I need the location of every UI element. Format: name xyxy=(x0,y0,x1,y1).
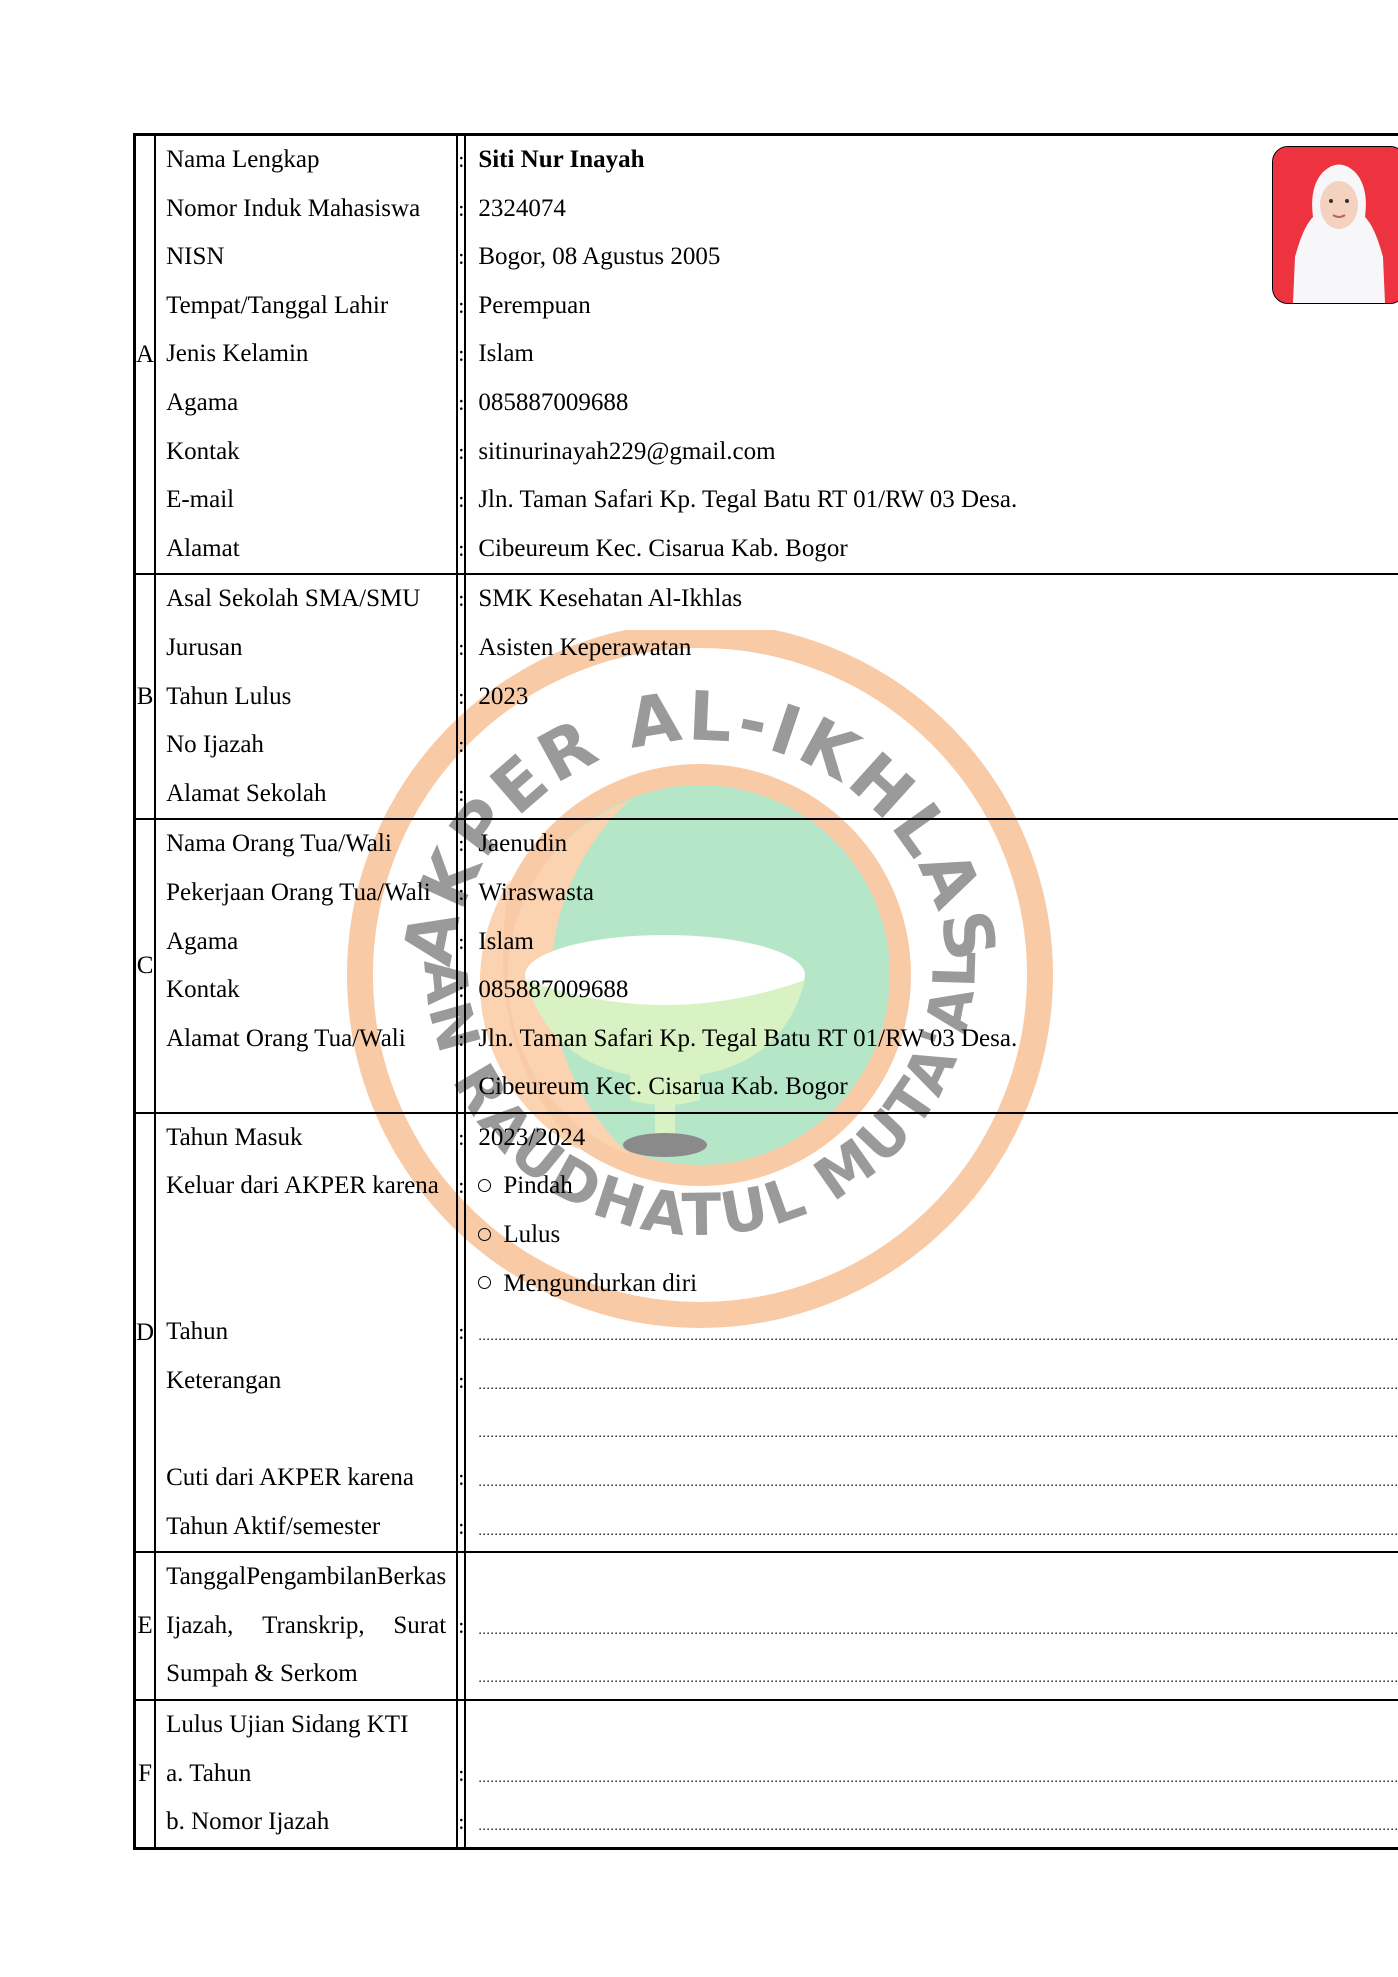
field-value: Cibeureum Kec. Cisarua Kab. Bogor xyxy=(466,525,1398,574)
colon-separator xyxy=(458,1650,464,1699)
colon-separator: : xyxy=(458,428,464,477)
field-label: Alamat Orang Tua/Wali xyxy=(156,1015,456,1064)
blank-fill-line[interactable] xyxy=(466,1650,1398,1699)
colon-separator xyxy=(458,1063,464,1112)
section-code: B xyxy=(135,574,156,819)
field-label: Cuti dari AKPER karena xyxy=(156,1454,456,1503)
section-code: C xyxy=(135,819,156,1113)
field-label-word: Tanggal xyxy=(166,1553,246,1602)
field-label: Alamat Sekolah xyxy=(156,770,456,819)
field-label: Ijazah,Transkrip,Surat xyxy=(156,1602,456,1651)
blank-fill-line[interactable] xyxy=(466,1308,1398,1357)
section-code: D xyxy=(135,1113,156,1552)
field-label: b. Nomor Ijazah xyxy=(156,1798,456,1847)
field-label: Keterangan xyxy=(156,1357,456,1406)
field-label: Jenis Kelamin xyxy=(156,330,456,379)
field-value: Cibeureum Kec. Cisarua Kab. Bogor xyxy=(466,1063,1398,1112)
field-values: JaenudinWiraswastaIslam085887009688Jln. … xyxy=(465,819,1398,1113)
field-label: Lulus Ujian Sidang KTI xyxy=(156,1701,456,1750)
colon-separator: : xyxy=(458,1602,464,1651)
field-value xyxy=(466,1553,1398,1602)
field-label: Nama Lengkap xyxy=(156,136,456,185)
field-label: No Ijazah xyxy=(156,721,456,770)
field-labels: Lulus Ujian Sidang KTIa. Tahunb. Nomor I… xyxy=(155,1700,457,1848)
field-label: Tahun Aktif/semester xyxy=(156,1503,456,1552)
section-code: A xyxy=(135,135,156,575)
colon-separator: : xyxy=(458,1357,464,1406)
colon-separator: : xyxy=(458,330,464,379)
field-value: 2023 xyxy=(466,673,1398,722)
blank-fill-line[interactable] xyxy=(466,1750,1398,1799)
colon-column: ::::: xyxy=(457,819,465,1113)
field-label: Kontak xyxy=(156,966,456,1015)
field-value: Bogor, 08 Agustus 2005 xyxy=(466,233,1398,282)
field-value: Islam xyxy=(466,330,1398,379)
field-value xyxy=(466,1701,1398,1750)
field-value: sitinurinayah229@gmail.com xyxy=(466,428,1398,477)
field-label: Asal Sekolah SMA/SMU xyxy=(156,575,456,624)
colon-separator: : xyxy=(458,1454,464,1503)
field-label: NISN xyxy=(156,233,456,282)
blank-fill-line[interactable] xyxy=(466,1602,1398,1651)
radio-circle-icon[interactable] xyxy=(478,1179,491,1192)
field-values: SMK Kesehatan Al-IkhlasAsisten Keperawat… xyxy=(465,574,1398,819)
colon-column: ::::: xyxy=(457,574,465,819)
field-label-word: Surat xyxy=(393,1602,446,1651)
section-code: E xyxy=(135,1552,156,1700)
field-value: Perempuan xyxy=(466,282,1398,331)
colon-separator xyxy=(458,1405,464,1454)
colon-separator xyxy=(458,1211,464,1260)
colon-separator: : xyxy=(458,282,464,331)
field-value: Jln. Taman Safari Kp. Tegal Batu RT 01/R… xyxy=(466,1015,1398,1064)
colon-separator: : xyxy=(458,233,464,282)
field-label: Pekerjaan Orang Tua/Wali xyxy=(156,869,456,918)
blank-fill-line[interactable] xyxy=(466,1503,1398,1552)
section-b: BAsal Sekolah SMA/SMUJurusanTahun LulusN… xyxy=(135,574,1398,819)
student-photo xyxy=(1272,146,1398,304)
colon-separator: : xyxy=(458,185,464,234)
field-label: Tempat/Tanggal Lahir xyxy=(156,282,456,331)
colon-column: : xyxy=(457,1552,465,1700)
field-label: TanggalPengambilanBerkas xyxy=(156,1553,456,1602)
field-label: E-mail xyxy=(156,476,456,525)
colon-separator: : xyxy=(458,673,464,722)
field-label-word: Berkas xyxy=(377,1553,446,1602)
colon-separator: : xyxy=(458,1308,464,1357)
colon-separator: : xyxy=(458,1750,464,1799)
colon-separator: : xyxy=(458,575,464,624)
blank-fill-line[interactable] xyxy=(466,1405,1398,1454)
section-a: ANama LengkapNomor Induk MahasiswaNISNTe… xyxy=(135,135,1398,575)
field-values xyxy=(465,1552,1398,1700)
field-value: Wiraswasta xyxy=(466,869,1398,918)
field-labels: Nama Orang Tua/WaliPekerjaan Orang Tua/W… xyxy=(155,819,457,1113)
colon-separator: : xyxy=(458,624,464,673)
field-values: Siti Nur Inayah2324074Bogor, 08 Agustus … xyxy=(465,135,1398,575)
option-label: Lulus xyxy=(503,1221,560,1248)
field-value: 085887009688 xyxy=(466,379,1398,428)
field-value: Siti Nur Inayah xyxy=(466,136,1398,185)
field-label: Jurusan xyxy=(156,624,456,673)
colon-separator: : xyxy=(458,379,464,428)
colon-separator: : xyxy=(458,1798,464,1847)
radio-circle-icon[interactable] xyxy=(478,1228,491,1241)
field-labels: Asal Sekolah SMA/SMUJurusanTahun LulusNo… xyxy=(155,574,457,819)
field-value: Jaenudin xyxy=(466,820,1398,869)
section-e: ETanggalPengambilanBerkasIjazah,Transkri… xyxy=(135,1552,1398,1700)
blank-fill-line[interactable] xyxy=(466,1798,1398,1847)
colon-separator: : xyxy=(458,966,464,1015)
field-label-word: Transkrip, xyxy=(262,1602,365,1651)
field-labels: TanggalPengambilanBerkasIjazah,Transkrip… xyxy=(155,1552,457,1700)
colon-separator: : xyxy=(458,820,464,869)
field-label: Kontak xyxy=(156,428,456,477)
colon-column: :: xyxy=(457,1700,465,1848)
colon-column: ::::::::: xyxy=(457,135,465,575)
colon-separator xyxy=(458,1701,464,1750)
field-label: Nomor Induk Mahasiswa xyxy=(156,185,456,234)
student-photo-image xyxy=(1273,147,1398,303)
colon-separator xyxy=(458,1260,464,1309)
radio-circle-icon[interactable] xyxy=(478,1276,491,1289)
blank-fill-line[interactable] xyxy=(466,1454,1398,1503)
field-value: Asisten Keperawatan xyxy=(466,624,1398,673)
field-label: Nama Orang Tua/Wali xyxy=(156,820,456,869)
field-label: Tahun Masuk xyxy=(156,1114,456,1163)
field-label: Agama xyxy=(156,918,456,967)
colon-separator: : xyxy=(458,1114,464,1163)
colon-separator: : xyxy=(458,476,464,525)
option-mengundurkan-diri[interactable]: Mengundurkan diri xyxy=(466,1260,1398,1309)
field-value: 085887009688 xyxy=(466,966,1398,1015)
field-value: 2023/2024 xyxy=(466,1114,1398,1163)
colon-column: :::::: xyxy=(457,1113,465,1552)
field-label xyxy=(156,1063,456,1112)
colon-separator: : xyxy=(458,1162,464,1211)
field-label: Sumpah & Serkom xyxy=(156,1650,456,1699)
field-label-word: Pengambilan xyxy=(246,1553,377,1602)
field-label: Agama xyxy=(156,379,456,428)
option-lulus[interactable]: Lulus xyxy=(466,1211,1398,1260)
colon-separator: : xyxy=(458,869,464,918)
section-c: CNama Orang Tua/WaliPekerjaan Orang Tua/… xyxy=(135,819,1398,1113)
colon-separator xyxy=(458,1553,464,1602)
field-label: a. Tahun xyxy=(156,1750,456,1799)
colon-separator: : xyxy=(458,1503,464,1552)
field-label xyxy=(156,1211,456,1260)
section-d: DTahun MasukKeluar dari AKPER karenaTahu… xyxy=(135,1113,1398,1552)
field-value: Islam xyxy=(466,918,1398,967)
colon-separator: : xyxy=(458,136,464,185)
option-label: Pindah xyxy=(503,1172,572,1199)
field-label xyxy=(156,1260,456,1309)
field-values xyxy=(465,1700,1398,1848)
colon-separator: : xyxy=(458,770,464,819)
field-value xyxy=(466,770,1398,819)
field-label: Alamat xyxy=(156,525,456,574)
field-label-word: Ijazah, xyxy=(166,1602,233,1651)
student-data-form: ANama LengkapNomor Induk MahasiswaNISNTe… xyxy=(133,133,1398,1850)
colon-separator: : xyxy=(458,721,464,770)
colon-separator: : xyxy=(458,1015,464,1064)
field-label xyxy=(156,1405,456,1454)
field-value xyxy=(466,721,1398,770)
field-value: Jln. Taman Safari Kp. Tegal Batu RT 01/R… xyxy=(466,476,1398,525)
colon-separator: : xyxy=(458,525,464,574)
section-f: FLulus Ujian Sidang KTIa. Tahunb. Nomor … xyxy=(135,1700,1398,1848)
field-value: 2324074 xyxy=(466,185,1398,234)
field-values: 2023/2024PindahLulusMengundurkan diri xyxy=(465,1113,1398,1552)
option-label: Mengundurkan diri xyxy=(503,1270,697,1297)
colon-separator: : xyxy=(458,918,464,967)
blank-fill-line[interactable] xyxy=(466,1357,1398,1406)
field-label: Tahun Lulus xyxy=(156,673,456,722)
option-pindah[interactable]: Pindah xyxy=(466,1162,1398,1211)
section-code: F xyxy=(135,1700,156,1848)
field-labels: Nama LengkapNomor Induk MahasiswaNISNTem… xyxy=(155,135,457,575)
field-label: Keluar dari AKPER karena xyxy=(156,1162,456,1211)
field-value: SMK Kesehatan Al-Ikhlas xyxy=(466,575,1398,624)
field-labels: Tahun MasukKeluar dari AKPER karenaTahun… xyxy=(155,1113,457,1552)
field-label: Tahun xyxy=(156,1308,456,1357)
